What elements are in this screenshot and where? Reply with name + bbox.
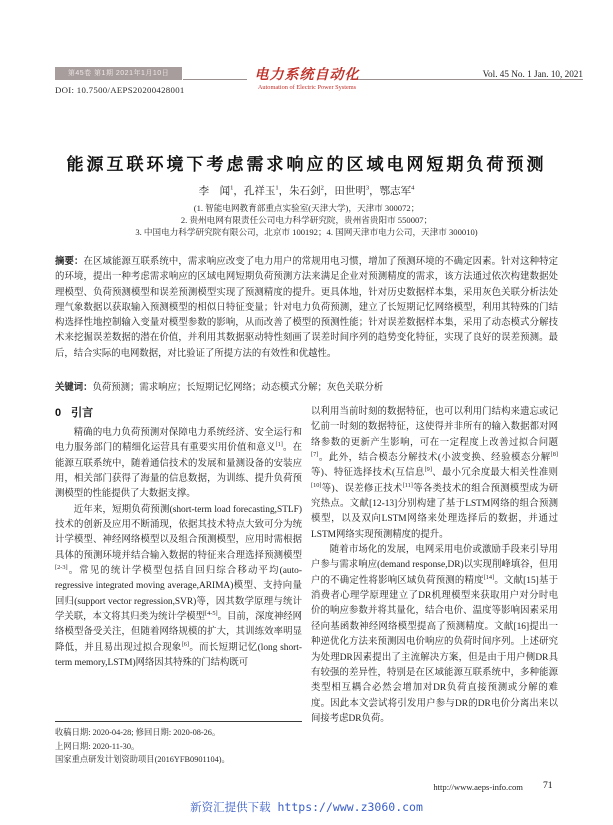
- abstract-label: 摘要：: [55, 255, 83, 266]
- volume-issue-en: Vol. 45 No. 1 Jan. 10, 2021: [380, 69, 583, 79]
- abstract-block: 摘要：在区域能源互联系统中，需求响应改变了电力用户的常规用电习惯，增加了预测环境…: [55, 253, 558, 362]
- doi-text: DOI: 10.7500/AEPS20200428001: [55, 85, 185, 95]
- paper-page: 第45卷 第1期 2021年1月10日 DOI: 10.7500/AEPS202…: [0, 0, 613, 825]
- body-paragraph: 随着市场化的发展，电网采用电价或激励手段来引导用户参与需求响应(demand r…: [311, 543, 558, 727]
- body-paragraph: 近年来，短期负荷预测(short-term load forecasting,S…: [55, 503, 302, 672]
- header-rule-right: [350, 79, 583, 80]
- header-rule-left: [183, 79, 247, 80]
- body-paragraph: 精确的电力负荷预测对保障电力系统经济、安全运行和电力服务部门的精细化运营具有重要…: [55, 426, 302, 503]
- paper-title: 能源互联环境下考虑需求响应的区域电网短期负荷预测: [0, 150, 613, 175]
- issue-date-box: 第45卷 第1期 2021年1月10日: [55, 67, 182, 80]
- body-paragraph: 以利用当前时刻的数据特征，也可以利用门结构来遗忘或记忆前一时刻的数据特征，这使得…: [311, 405, 558, 543]
- footnote-block: 收稿日期: 2020-04-28; 修回日期: 2020-08-26。 上网日期…: [55, 721, 302, 767]
- funding-note: 国家重点研发计划资助项目(2016YFB0901104)。: [55, 753, 302, 767]
- left-column: 精确的电力负荷预测对保障电力系统经济、安全运行和电力服务部门的精细化运营具有重要…: [55, 426, 302, 719]
- journal-url: http://www.aeps-info.com: [363, 782, 523, 792]
- authors-line: 李 闻1，孔祥玉1，朱石剑2，田世明3，鄂志军4: [0, 183, 613, 198]
- page-number: 71: [543, 780, 553, 791]
- section-title: 引言: [71, 407, 93, 419]
- keywords-text: 负荷预测；需求响应；长短期记忆网络；动态模式分解；灰色关联分析: [93, 383, 384, 393]
- affiliation-line: 2. 贵州电网有限责任公司电力科学研究院，贵州省贵阳市 550007；: [0, 215, 613, 227]
- online-date: 上网日期: 2020-11-30。: [55, 740, 302, 754]
- received-date: 收稿日期: 2020-04-28; 修回日期: 2020-08-26。: [55, 726, 302, 740]
- affiliation-line: 3. 中国电力科学研究院有限公司，北京市 100192；4. 国网天津市电力公司…: [0, 227, 613, 239]
- affiliation-line: (1. 智能电网教育部重点实验室(天津大学)，天津市 300072；: [0, 203, 613, 215]
- keywords-block: 关键词：负荷预测；需求响应；长短期记忆网络；动态模式分解；灰色关联分析: [55, 379, 558, 396]
- journal-name-en: Automation of Electric Power Systems: [228, 84, 386, 91]
- right-column: 以利用当前时刻的数据特征，也可以利用门结构来遗忘或记忆前一时刻的数据特征，这使得…: [311, 405, 558, 767]
- section-number: 0: [55, 407, 61, 419]
- journal-logo-cn: 电力系统自动化: [243, 64, 371, 84]
- abstract-text: 在区域能源互联系统中，需求响应改变了电力用户的常规用电习惯，增加了预测环境的不确…: [55, 257, 558, 359]
- keywords-label: 关键词：: [55, 381, 93, 392]
- section-heading: 0引言: [55, 404, 302, 420]
- affiliations: (1. 智能电网教育部重点实验室(天津大学)，天津市 300072； 2. 贵州…: [0, 203, 613, 238]
- download-watermark: 新资汇提供下载 https://www.z3060.com: [0, 799, 613, 815]
